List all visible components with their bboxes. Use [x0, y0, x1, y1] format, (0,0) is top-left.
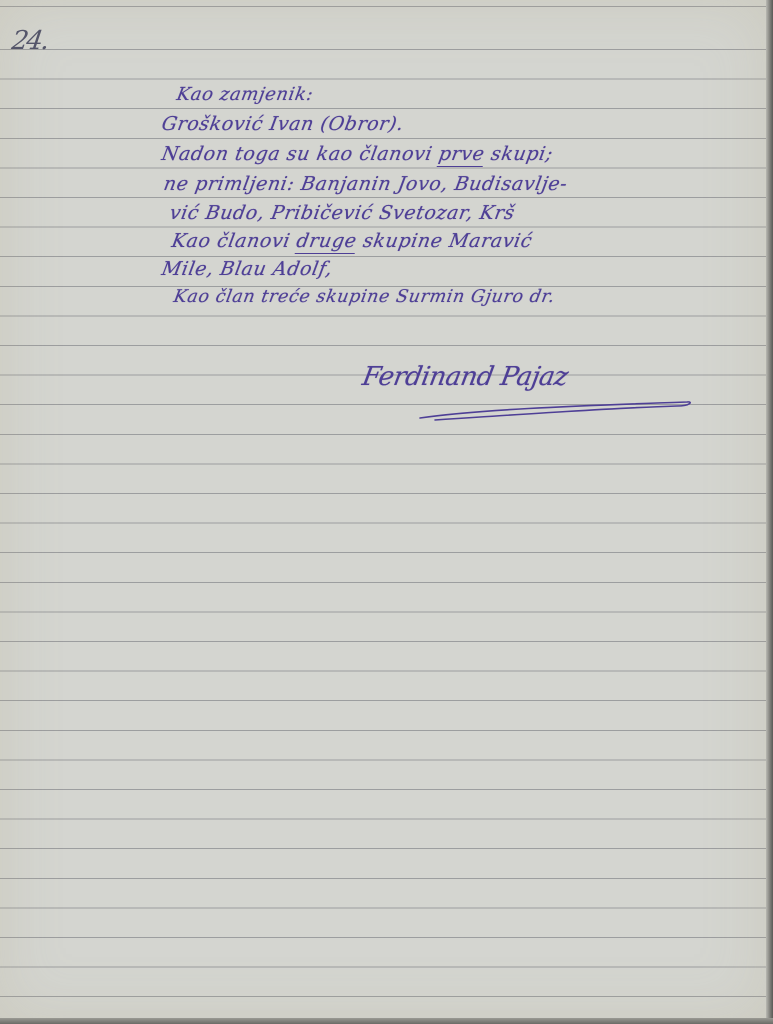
- handwritten-line-3: Nadon toga su kao članovi prve skupi;: [160, 143, 555, 165]
- handwritten-line-8: Kao član treće skupine Surmin Gjuro dr.: [172, 287, 557, 307]
- page-number: 24.: [10, 26, 50, 56]
- line-6-suffix: skupine Maravić: [355, 230, 534, 252]
- signature: Ferdinand Pajaz: [360, 362, 570, 392]
- handwritten-line-2: Grošković Ivan (Obror).: [160, 113, 406, 135]
- underlined-word-druge: druge: [294, 230, 358, 254]
- handwritten-line-7: Mile, Blau Adolf,: [160, 258, 334, 280]
- underlined-word-prve: prve: [437, 143, 487, 167]
- line-3-prefix: Nadon toga su kao članovi: [160, 143, 441, 165]
- handwritten-line-5: vić Budo, Pribičević Svetozar, Krš: [168, 202, 517, 224]
- page-edge-right: [766, 0, 773, 1024]
- page-edge-bottom: [0, 1018, 773, 1024]
- handwritten-line-4: ne primljeni: Banjanin Jovo, Budisavlje-: [162, 173, 569, 195]
- ledger-page: 24. Kao zamjenik: Grošković Ivan (Obror)…: [0, 0, 766, 1020]
- line-3-suffix: skupi;: [483, 143, 555, 165]
- signature-flourish: [415, 392, 695, 422]
- handwritten-line-1: Kao zamjenik:: [175, 84, 315, 105]
- handwritten-line-6: Kao članovi druge skupine Maravić: [170, 230, 534, 252]
- line-6-prefix: Kao članovi: [170, 230, 299, 252]
